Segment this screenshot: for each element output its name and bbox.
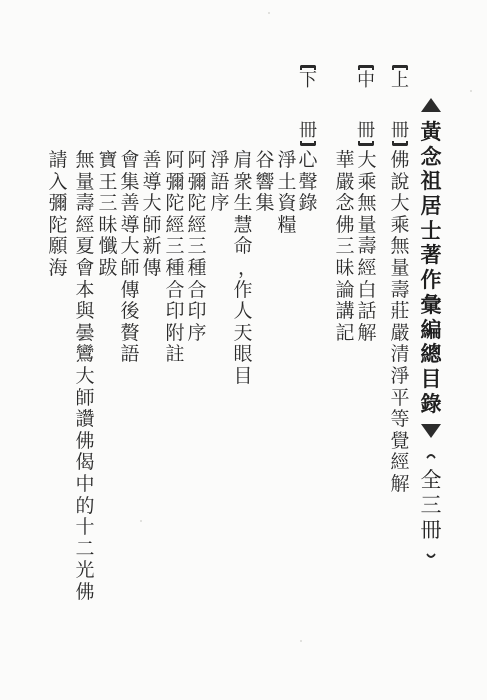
text-char: 作 <box>232 280 254 302</box>
text-char: 本 <box>74 280 96 302</box>
text-char: 慧 <box>232 215 254 237</box>
volume-label-char: 中 <box>355 70 377 92</box>
close-paren-icon <box>421 546 441 560</box>
text-char: 白 <box>356 280 378 302</box>
volume-label-char: 冊 <box>389 120 411 142</box>
text-char: 量 <box>389 258 411 280</box>
text-char: 黃 <box>418 120 444 145</box>
text-char: 佛 <box>334 215 356 237</box>
text-char: 三 <box>418 493 444 518</box>
text-char: 錄 <box>297 193 319 215</box>
text-char: 善 <box>119 193 141 215</box>
text-char: 彙 <box>418 293 444 318</box>
text-char: 願 <box>47 236 69 258</box>
text-char: 肩 <box>232 150 254 172</box>
catalog-title: 黃念祖居士著作彙編總目錄 <box>418 120 444 416</box>
work-entry: 淨語序 <box>209 150 231 215</box>
text-char: 印 <box>164 301 186 323</box>
text-char: 話 <box>356 301 378 323</box>
text-char: 大 <box>389 193 411 215</box>
text-char: 師 <box>74 388 96 410</box>
text-char: 心 <box>297 150 319 172</box>
text-char: 語 <box>209 172 231 194</box>
work-entry: 大乘無量壽經白話解 <box>356 150 378 344</box>
work-entry: 佛說大乘無量壽莊嚴清淨平等覺經解 <box>389 150 411 496</box>
text-char: 經 <box>389 452 411 474</box>
text-char: 寶 <box>97 150 119 172</box>
text-char: 經 <box>74 215 96 237</box>
text-char: 三 <box>334 236 356 258</box>
volume-label-char: 冊 <box>297 120 319 142</box>
text-char: 昧 <box>334 258 356 280</box>
text-char: 衆 <box>232 172 254 194</box>
volume-count-subtitle: 全三冊 <box>418 468 444 542</box>
text-char: 大 <box>74 366 96 388</box>
text-char: 解 <box>356 323 378 345</box>
volume-label-upper: 上 冊 <box>389 65 411 146</box>
text-char: 傳 <box>141 258 163 280</box>
triangle-down-icon <box>421 424 441 438</box>
text-char: 鸞 <box>74 344 96 366</box>
text-char: 念 <box>334 193 356 215</box>
text-char: 嚴 <box>334 172 356 194</box>
text-char: 淨 <box>276 150 298 172</box>
work-entry: 華嚴念佛三昧論講記 <box>334 150 356 344</box>
catalog-title-column: 黃念祖居士著作彙編總目錄 全三冊 <box>418 98 444 564</box>
text-char: 導 <box>119 215 141 237</box>
text-char: 響 <box>254 172 276 194</box>
text-char: 解 <box>389 474 411 496</box>
text-char: 十 <box>74 517 96 539</box>
text-char: 附 <box>164 323 186 345</box>
text-char: 量 <box>356 215 378 237</box>
text-char: 祖 <box>418 169 444 194</box>
text-char: 壽 <box>356 236 378 258</box>
text-char: 的 <box>74 496 96 518</box>
text-char: 合 <box>164 280 186 302</box>
work-entry: 心聲錄 <box>297 150 319 215</box>
text-char: 經 <box>356 258 378 280</box>
text-char: 阿 <box>164 150 186 172</box>
text-char: 士 <box>418 219 444 244</box>
text-char: 三 <box>97 193 119 215</box>
text-char: 作 <box>418 268 444 293</box>
text-char: 土 <box>276 172 298 194</box>
text-char: 論 <box>334 280 356 302</box>
text-char: 經 <box>164 215 186 237</box>
work-entry: 善導大師新傳 <box>141 150 163 280</box>
text-char: 光 <box>74 560 96 582</box>
text-char: 總 <box>418 342 444 367</box>
paper-speck <box>300 640 302 642</box>
text-char: 曇 <box>74 323 96 345</box>
text-char: 淨 <box>389 366 411 388</box>
work-entry: 谷響集 <box>254 150 276 215</box>
text-char: 三 <box>186 236 208 258</box>
text-char: 王 <box>97 172 119 194</box>
text-char: 無 <box>74 150 96 172</box>
text-char: 目 <box>418 367 444 392</box>
text-char: 懺 <box>97 236 119 258</box>
text-char: 目 <box>232 366 254 388</box>
open-paren-icon <box>421 450 441 464</box>
text-char: 天 <box>232 323 254 345</box>
work-entry: 肩衆生慧命，作人天眼目 <box>232 150 254 388</box>
volume-label-middle: 中 冊 <box>355 65 377 146</box>
text-char: 偈 <box>74 452 96 474</box>
text-char: 大 <box>356 150 378 172</box>
text-char: 壽 <box>74 193 96 215</box>
text-char: 夏 <box>74 236 96 258</box>
text-char: 註 <box>164 344 186 366</box>
text-char: 華 <box>334 150 356 172</box>
text-char: 無 <box>389 236 411 258</box>
triangle-up-icon <box>421 98 441 112</box>
text-char: 後 <box>119 301 141 323</box>
text-char: 會 <box>119 150 141 172</box>
text-char: 資 <box>276 193 298 215</box>
text-char: 壽 <box>389 280 411 302</box>
text-char: 糧 <box>276 215 298 237</box>
text-char: 眼 <box>232 344 254 366</box>
text-char: 導 <box>141 172 163 194</box>
text-char: 序 <box>209 193 231 215</box>
bracket-close-icon <box>300 141 316 146</box>
text-char: 彌 <box>164 172 186 194</box>
text-char: 中 <box>74 474 96 496</box>
text-char: 命 <box>232 236 254 258</box>
text-char: 集 <box>254 193 276 215</box>
text-char: 三 <box>164 236 186 258</box>
volume-label-char: 下 <box>297 70 319 92</box>
text-char: 贅 <box>119 323 141 345</box>
work-entry: 寶王三昧懺跋 <box>97 150 119 280</box>
text-char: 集 <box>119 172 141 194</box>
text-char: 冊 <box>418 518 444 543</box>
text-char: 著 <box>418 243 444 268</box>
text-char: 講 <box>334 301 356 323</box>
text-char: 平 <box>389 388 411 410</box>
work-entry: 阿彌陀經三種合印序 <box>186 150 208 344</box>
work-entry: 阿彌陀經三種合印附註 <box>164 150 186 366</box>
text-char: 清 <box>389 344 411 366</box>
text-char: 請 <box>47 150 69 172</box>
text-char: 陀 <box>47 215 69 237</box>
text-char: 乘 <box>356 172 378 194</box>
text-char: ， <box>232 258 254 280</box>
text-char: 印 <box>186 301 208 323</box>
text-char: 昧 <box>97 215 119 237</box>
text-char: 陀 <box>164 193 186 215</box>
text-char: 會 <box>74 258 96 280</box>
text-char: 入 <box>47 172 69 194</box>
text-char: 陀 <box>186 193 208 215</box>
work-entry: 無量壽經夏會本與曇鸞大師讚佛偈中的十二光佛 <box>74 150 96 603</box>
text-char: 大 <box>119 236 141 258</box>
text-char: 佛 <box>74 431 96 453</box>
text-char: 乘 <box>389 215 411 237</box>
text-char: 居 <box>418 194 444 219</box>
text-char: 谷 <box>254 150 276 172</box>
text-char: 海 <box>47 258 69 280</box>
volume-label-char: 上 <box>389 70 411 92</box>
text-char: 與 <box>74 301 96 323</box>
text-char: 說 <box>389 172 411 194</box>
text-char: 佛 <box>389 150 411 172</box>
text-char: 記 <box>334 323 356 345</box>
text-char: 彌 <box>186 172 208 194</box>
text-char: 序 <box>186 323 208 345</box>
volume-label-lower: 下 冊 <box>297 65 319 146</box>
text-char: 念 <box>418 145 444 170</box>
text-char: 人 <box>232 301 254 323</box>
text-char: 種 <box>186 258 208 280</box>
text-char: 錄 <box>418 392 444 417</box>
text-char: 新 <box>141 236 163 258</box>
text-char: 淨 <box>209 150 231 172</box>
text-char: 善 <box>141 150 163 172</box>
work-entry: 淨土資糧 <box>276 150 298 236</box>
text-char: 覺 <box>389 431 411 453</box>
text-char: 跋 <box>97 258 119 280</box>
text-char: 嚴 <box>389 323 411 345</box>
text-char: 合 <box>186 280 208 302</box>
text-char: 師 <box>119 258 141 280</box>
text-char: 大 <box>141 193 163 215</box>
text-char: 二 <box>74 539 96 561</box>
paper-speck <box>268 12 270 14</box>
text-char: 阿 <box>186 150 208 172</box>
text-char: 無 <box>356 193 378 215</box>
text-char: 師 <box>141 215 163 237</box>
paper-speck <box>470 90 472 92</box>
work-entry: 會集善導大師傳後贅語 <box>119 150 141 366</box>
text-char: 生 <box>232 193 254 215</box>
text-char: 語 <box>119 344 141 366</box>
text-char: 量 <box>74 172 96 194</box>
volume-label-char: 冊 <box>355 120 377 142</box>
bracket-close-icon <box>392 141 408 146</box>
text-char: 讚 <box>74 409 96 431</box>
paper-speck <box>140 520 142 522</box>
text-char: 佛 <box>74 582 96 604</box>
text-char: 經 <box>186 215 208 237</box>
text-char: 彌 <box>47 193 69 215</box>
bracket-close-icon <box>358 141 374 146</box>
text-char: 種 <box>164 258 186 280</box>
text-char: 傳 <box>119 280 141 302</box>
work-entry: 請入彌陀願海 <box>47 150 69 280</box>
text-char: 莊 <box>389 301 411 323</box>
text-char: 聲 <box>297 172 319 194</box>
text-char: 等 <box>389 409 411 431</box>
text-char: 編 <box>418 318 444 343</box>
